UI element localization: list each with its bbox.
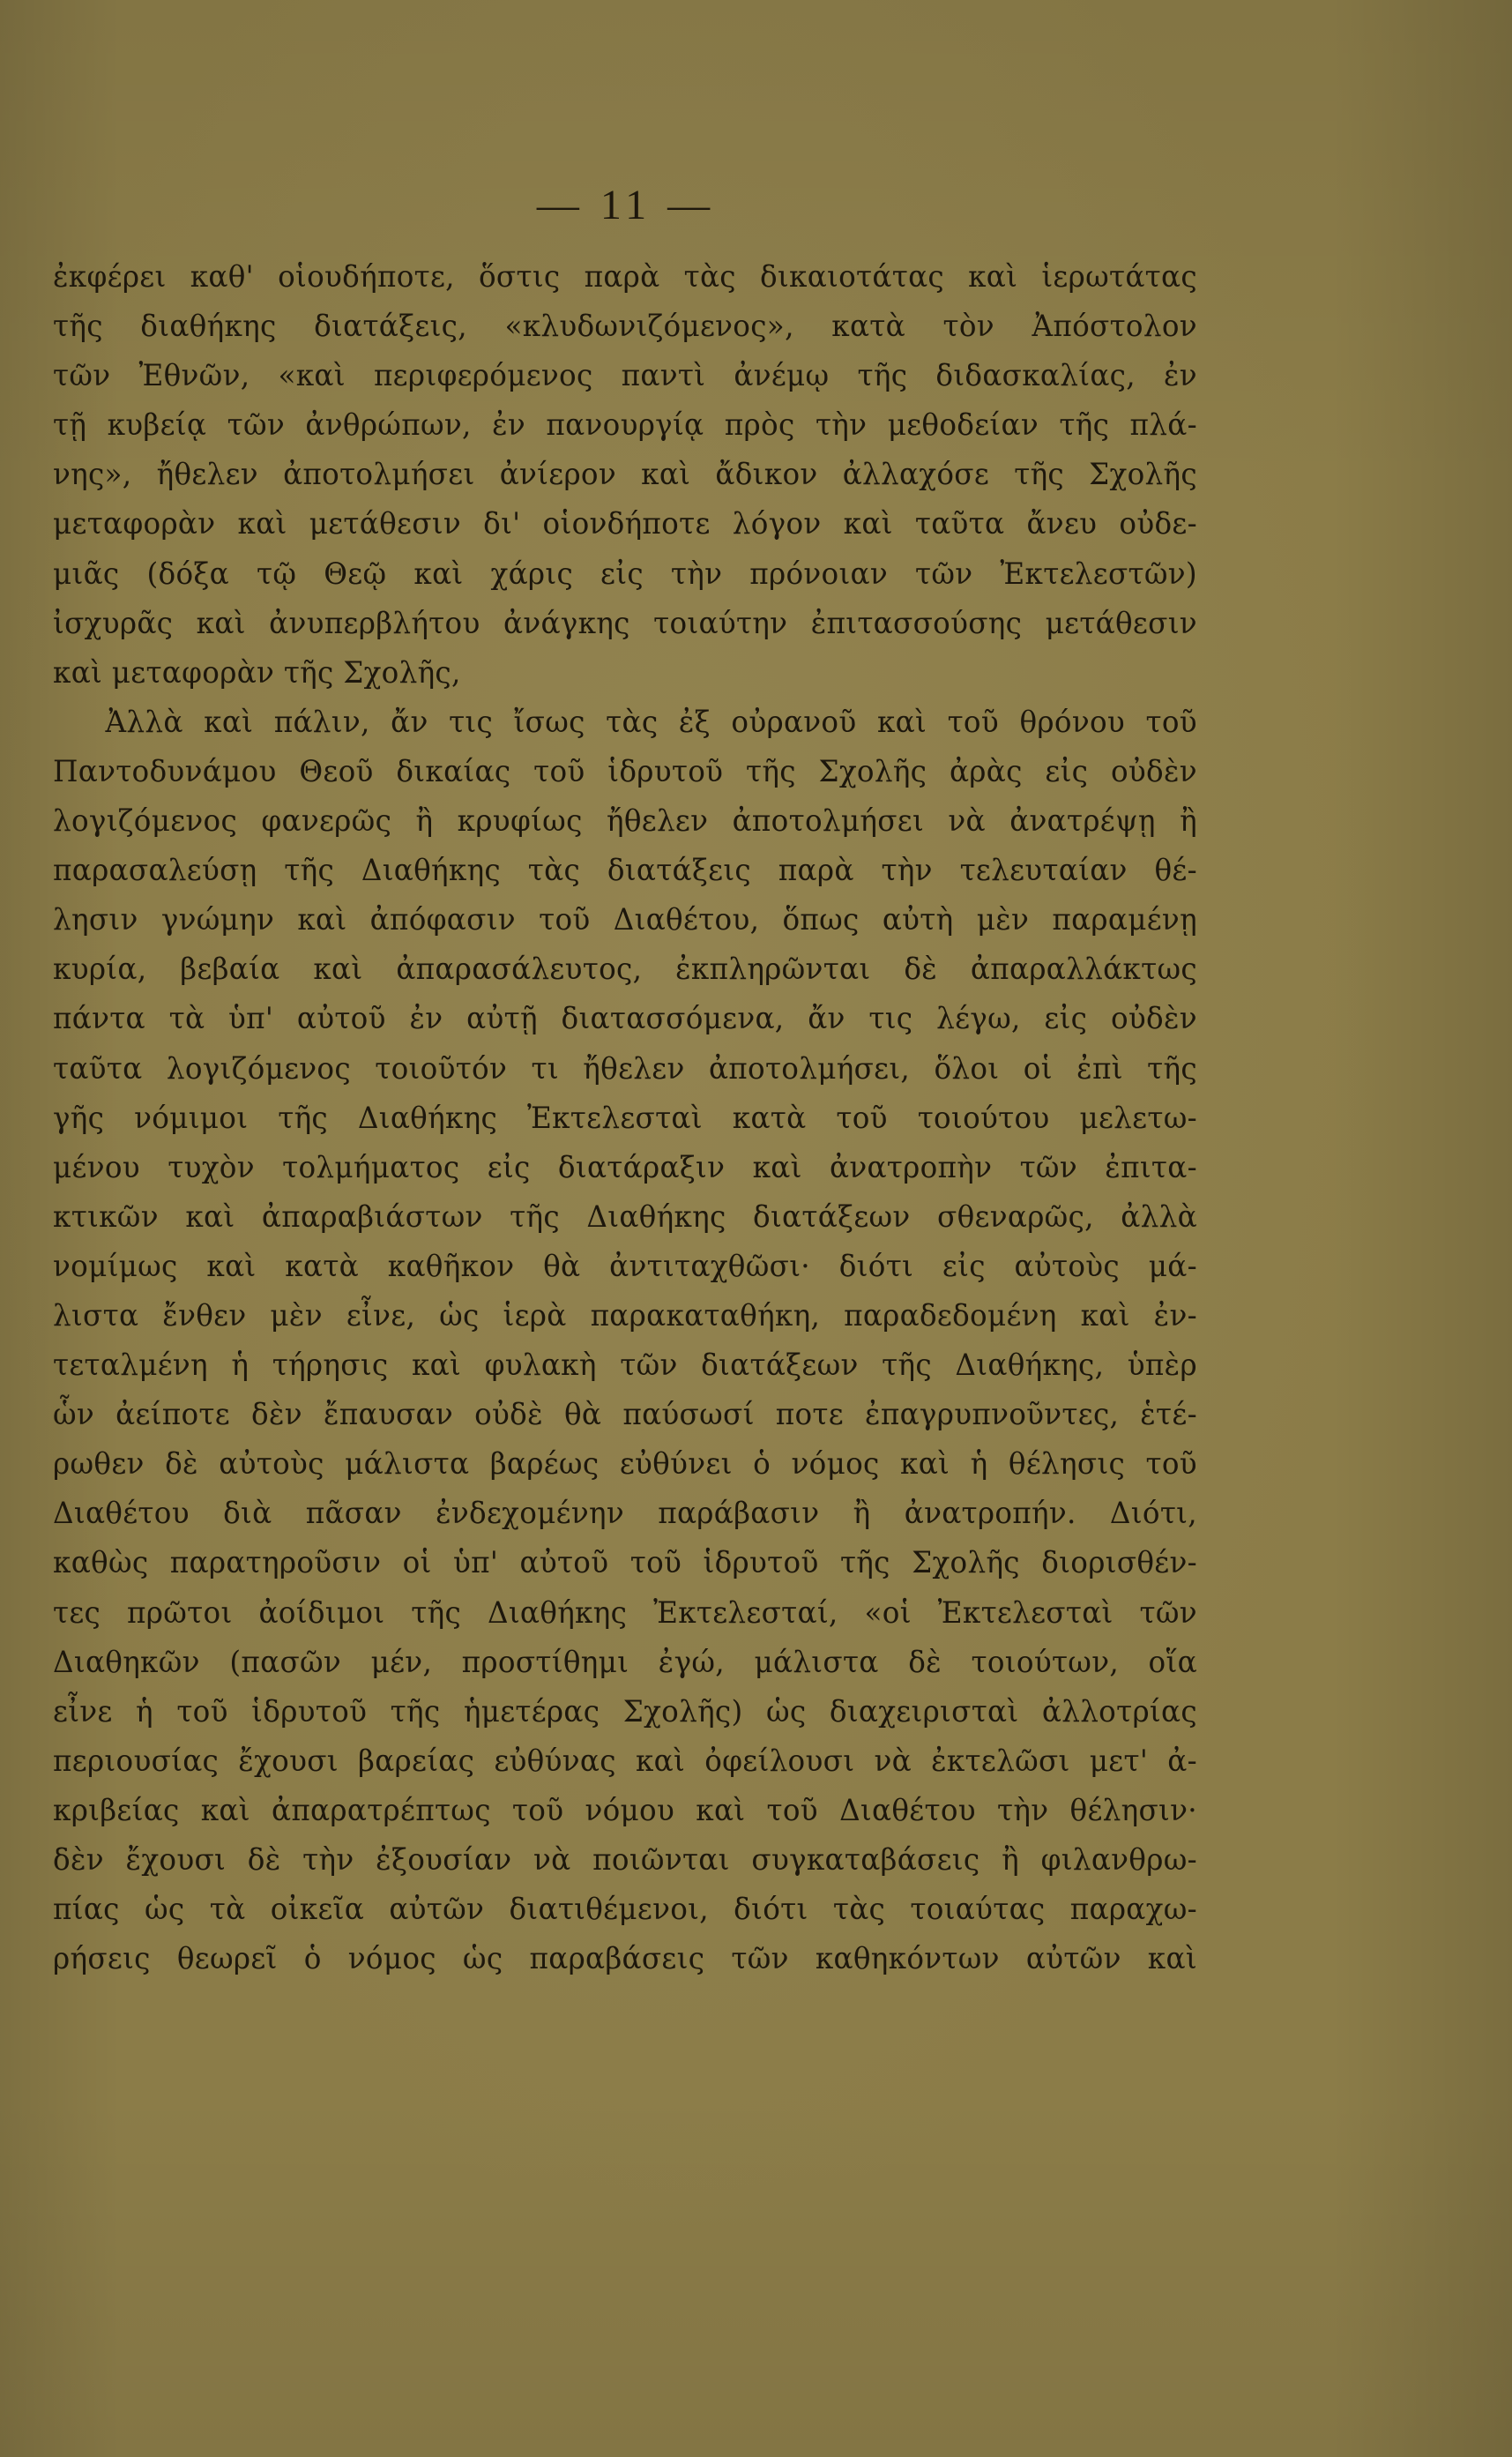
text-line: τῇ κυβείᾳ τῶν ἀνθρώπων, ἐν πανουργίᾳ πρὸ… bbox=[53, 400, 1197, 450]
text-line: τῆς διαθήκης διατάξεις, «κλυδωνιζόμενος»… bbox=[53, 302, 1197, 351]
text-line: λιστα ἔνθεν μὲν εἶνε, ὡς ἱερὰ παρακαταθή… bbox=[53, 1291, 1197, 1341]
text-line: ταῦτα λογιζόμενος τοιοῦτόν τι ἤθελεν ἀπο… bbox=[53, 1044, 1197, 1094]
text-line: Διαθηκῶν (πασῶν μέν, προστίθημι ἐγώ, μάλ… bbox=[53, 1638, 1197, 1687]
text-line: τες πρῶτοι ἀοίδιμοι τῆς Διαθήκης Ἐκτελεσ… bbox=[53, 1588, 1197, 1638]
text-line: ἰσχυρᾶς καὶ ἀνυπερβλήτου ἀνάγκης τοιαύτη… bbox=[53, 599, 1197, 648]
text-line: μιᾶς (δόξα τῷ Θεῷ καὶ χάρις εἰς τὴν πρόν… bbox=[53, 549, 1197, 599]
paragraph-first-line: Ἀλλὰ καὶ πάλιν, ἄν τις ἴσως τὰς ἐξ οὐραν… bbox=[53, 698, 1197, 747]
text-line: παρασαλεύσῃ τῆς Διαθήκης τὰς διατάξεις π… bbox=[53, 846, 1197, 895]
text-line: πίας ὡς τὰ οἰκεῖα αὐτῶν διατιθέμενοι, δι… bbox=[53, 1885, 1197, 1934]
text-line: τεταλμένη ἡ τήρησις καὶ φυλακὴ τῶν διατά… bbox=[53, 1341, 1197, 1390]
text-line: λογιζόμενος φανερῶς ἢ κρυφίως ἤθελεν ἀπο… bbox=[53, 796, 1197, 846]
text-line: καὶ μεταφορὰν τῆς Σχολῆς, bbox=[53, 648, 1197, 698]
text-line: ὧν ἀείποτε δὲν ἔπαυσαν οὐδὲ θὰ παύσωσί π… bbox=[53, 1390, 1197, 1439]
text-line: τῶν Ἐθνῶν, «καὶ περιφερόμενος παντὶ ἀνέμ… bbox=[53, 351, 1197, 400]
text-line: περιουσίας ἔχουσι βαρείας εὐθύνας καὶ ὀφ… bbox=[53, 1736, 1197, 1786]
text-line: ρήσεις θεωρεῖ ὁ νόμος ὡς παραβάσεις τῶν … bbox=[53, 1934, 1197, 1983]
text-line: λησιν γνώμην καὶ ἀπόφασιν τοῦ Διαθέτου, … bbox=[53, 895, 1197, 945]
text-line: κριβείας καὶ ἀπαρατρέπτως τοῦ νόμου καὶ … bbox=[53, 1786, 1197, 1835]
text-line: ρωθεν δὲ αὐτοὺς μάλιστα βαρέως εὐθύνει ὁ… bbox=[53, 1439, 1197, 1489]
text-line: νομίμως καὶ κατὰ καθῆκον θὰ ἀντιταχθῶσι·… bbox=[53, 1242, 1197, 1291]
text-line: καθὼς παρατηροῦσιν οἱ ὑπ' αὐτοῦ τοῦ ἱδρυ… bbox=[53, 1538, 1197, 1587]
text-line: νης», ἤθελεν ἀποτολμήσει ἀνίερον καὶ ἄδι… bbox=[53, 450, 1197, 499]
text-line: μεταφορὰν καὶ μετάθεσιν δι' οἱονδήποτε λ… bbox=[53, 499, 1197, 549]
text-line: Παντοδυνάμου Θεοῦ δικαίας τοῦ ἱδρυτοῦ τῆ… bbox=[53, 747, 1197, 796]
text-line: κτικῶν καὶ ἀπαραβιάστων τῆς Διαθήκης δια… bbox=[53, 1192, 1197, 1242]
text-line: γῆς νόμιμοι τῆς Διαθήκης Ἐκτελεσταὶ κατὰ… bbox=[53, 1094, 1197, 1143]
text-line: δὲν ἔχουσι δὲ τὴν ἐξουσίαν νὰ ποιῶνται σ… bbox=[53, 1835, 1197, 1885]
text-line: εἶνε ἡ τοῦ ἱδρυτοῦ τῆς ἡμετέρας Σχολῆς) … bbox=[53, 1687, 1197, 1736]
body-text: ἐκφέρει καθ' οἱουδήποτε, ὅστις παρὰ τὰς … bbox=[53, 252, 1197, 1983]
text-line: μένου τυχὸν τολμήματος εἰς διατάραξιν κα… bbox=[53, 1143, 1197, 1192]
text-line: πάντα τὰ ὑπ' αὐτοῦ ἐν αὐτῇ διατασσόμενα,… bbox=[53, 994, 1197, 1043]
text-line: Διαθέτου διὰ πᾶσαν ἐνδεχομένην παράβασιν… bbox=[53, 1489, 1197, 1538]
page-number: — 11 — bbox=[529, 181, 723, 229]
text-line: κυρία, βεβαία καὶ ἀπαρασάλευτος, ἐκπληρῶ… bbox=[53, 945, 1197, 994]
text-line: ἐκφέρει καθ' οἱουδήποτε, ὅστις παρὰ τὰς … bbox=[53, 252, 1197, 302]
